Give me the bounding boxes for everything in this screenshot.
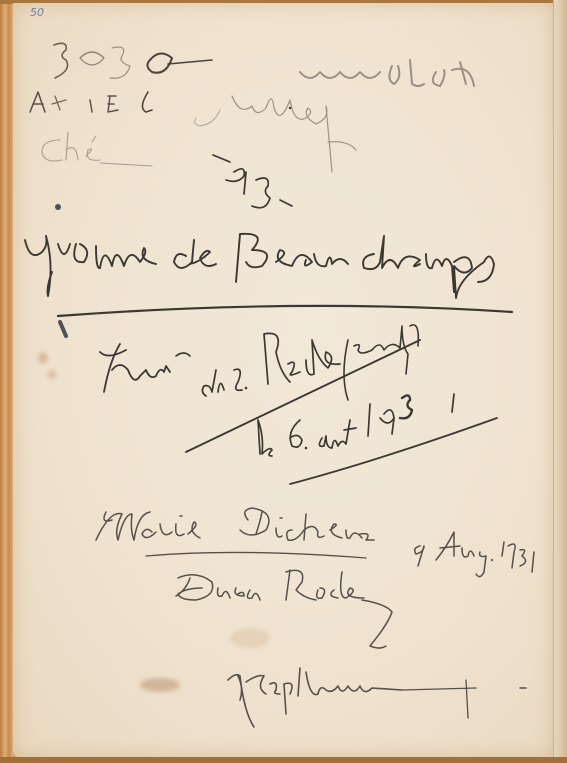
scanned-page: 50 <box>0 0 567 763</box>
handwriting-strokes <box>0 0 567 763</box>
